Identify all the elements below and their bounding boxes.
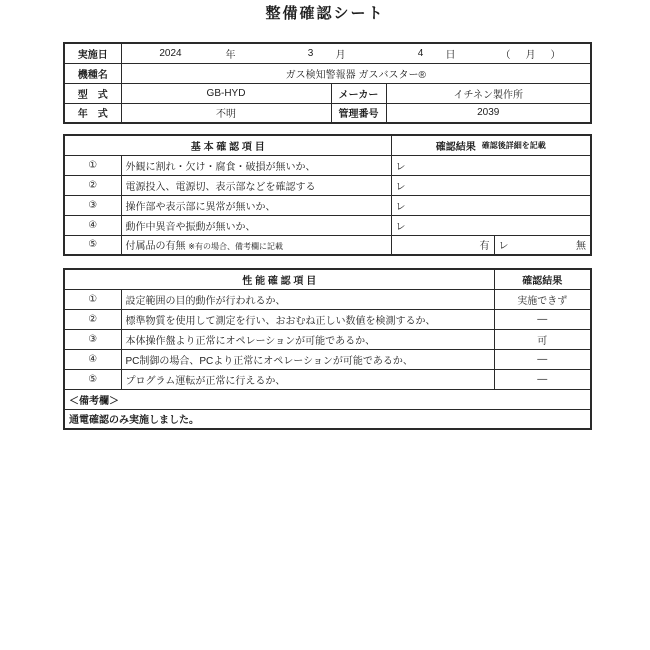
maker-value: イチネン製作所 — [386, 83, 591, 103]
performance-row-item: 標準物質を使用して測定を行い、おおむね正しい数値を検測するか、 — [121, 309, 494, 329]
performance-row-item: PC制御の場合、PCより正常にオペレーションが可能であるか、 — [121, 349, 494, 369]
performance-row-result: ― — [494, 309, 591, 329]
date-year: 2024 — [126, 48, 216, 59]
basic-row-3: ③ 操作部や表示部に異常が無いか、 レ — [64, 195, 591, 215]
basic-header-items: 基 本 確 認 項 目 — [64, 135, 391, 155]
basic-row-result-checkmark: レ — [391, 155, 591, 175]
model-row: 型 式 GB-HYD メーカー イチネン製作所 — [64, 83, 591, 103]
performance-row-item: 本体操作盤より正常にオペレーションが可能であるか、 — [121, 329, 494, 349]
performance-row-number: ③ — [64, 329, 121, 349]
date-weekday: 月 — [516, 46, 546, 61]
date-paren-close: ） — [546, 46, 566, 61]
basic-row-5: ⑤ 付属品の有無 ※有の場合、備考欄に記載 有 レ 無 — [64, 235, 591, 255]
performance-row-item: 設定範囲の目的動作が行われるか、 — [121, 289, 494, 309]
performance-row-number: ② — [64, 309, 121, 329]
performance-row-1: ① 設定範囲の目的動作が行われるか、 実施できず — [64, 289, 591, 309]
year-label: 年 式 — [64, 103, 121, 123]
date-day: 4 — [406, 48, 436, 59]
performance-row-result: ― — [494, 349, 591, 369]
remarks-label-row: ＜備考欄＞ — [64, 389, 591, 409]
remarks-content-row: 通電確認のみ実施しました。 — [64, 409, 591, 429]
accessories-checkmark: レ — [499, 237, 509, 252]
basic-header-result: 確認結果 確認後詳細を記載 — [391, 135, 591, 155]
basic-row-2: ② 電源投入、電源切、表示部などを確認する レ — [64, 175, 591, 195]
basic-row-1: ① 外観に割れ・欠け・腐食・破損が無いか、 レ — [64, 155, 591, 175]
model-name-row: 機種名 ガス検知警報器 ガスバスター® — [64, 63, 591, 83]
basic-check-table: 基 本 確 認 項 目 確認結果 確認後詳細を記載 ① 外観に割れ・欠け・腐食・… — [63, 134, 592, 256]
date-year-unit: 年 — [216, 46, 246, 61]
basic-row-result-checkmark: レ — [391, 175, 591, 195]
date-month: 3 — [296, 48, 326, 59]
date-day-unit: 日 — [436, 46, 466, 61]
maintenance-check-sheet: 整備確認シート 実施日 2024 年 3 月 4 日 （ 月 ） — [0, 0, 650, 650]
accessories-item-text: 付属品の有無 — [126, 241, 186, 252]
performance-header-items: 性 能 確 認 項 目 — [64, 269, 494, 289]
remarks-label: ＜備考欄＞ — [64, 389, 591, 409]
year-value: 不明 — [121, 103, 331, 123]
date-label: 実施日 — [64, 43, 121, 63]
page-title: 整備確認シート — [0, 0, 650, 23]
basic-row-number: ③ — [64, 195, 121, 215]
device-info-table: 実施日 2024 年 3 月 4 日 （ 月 ） 機種名 — [63, 42, 592, 124]
date-month-unit: 月 — [326, 46, 356, 61]
performance-row-result: 実施できず — [494, 289, 591, 309]
maker-label: メーカー — [331, 83, 386, 103]
date-row: 実施日 2024 年 3 月 4 日 （ 月 ） — [64, 43, 591, 63]
performance-row-number: ① — [64, 289, 121, 309]
basic-row-number: ⑤ — [64, 235, 121, 255]
performance-header-row: 性 能 確 認 項 目 確認結果 — [64, 269, 591, 289]
basic-row-item: 電源投入、電源切、表示部などを確認する — [121, 175, 391, 195]
year-row: 年 式 不明 管理番号 2039 — [64, 103, 591, 123]
performance-row-number: ⑤ — [64, 369, 121, 389]
performance-row-5: ⑤ プログラム運転が正常に行えるか、 ― — [64, 369, 591, 389]
basic-row-item: 動作中異音や振動が無いか、 — [121, 215, 391, 235]
basic-row-number: ② — [64, 175, 121, 195]
remarks-content: 通電確認のみ実施しました。 — [64, 409, 591, 429]
performance-header-result: 確認結果 — [494, 269, 591, 289]
performance-row-2: ② 標準物質を使用して測定を行い、おおむね正しい数値を検測するか、 ― — [64, 309, 591, 329]
basic-row-result-checkmark: レ — [391, 215, 591, 235]
model-value: GB-HYD — [121, 83, 331, 103]
basic-row-item: 操作部や表示部に異常が無いか、 — [121, 195, 391, 215]
performance-check-table: 性 能 確 認 項 目 確認結果 ① 設定範囲の目的動作が行われるか、 実施でき… — [63, 268, 592, 430]
performance-row-result: ― — [494, 369, 591, 389]
basic-header-row: 基 本 確 認 項 目 確認結果 確認後詳細を記載 — [64, 135, 591, 155]
performance-row-3: ③ 本体操作盤より正常にオペレーションが可能であるか、 可 — [64, 329, 591, 349]
basic-row-item: 外観に割れ・欠け・腐食・破損が無いか、 — [121, 155, 391, 175]
performance-row-result: 可 — [494, 329, 591, 349]
basic-row-item: 付属品の有無 ※有の場合、備考欄に記載 — [121, 235, 391, 255]
accessories-option-no-cell: レ 無 — [494, 235, 591, 255]
performance-row-number: ④ — [64, 349, 121, 369]
basic-result-title: 確認結果 — [436, 138, 476, 153]
control-no-value: 2039 — [386, 103, 591, 123]
accessories-option-no: 無 — [576, 237, 586, 252]
model-label: 型 式 — [64, 83, 121, 103]
control-no-label: 管理番号 — [331, 103, 386, 123]
basic-row-number: ① — [64, 155, 121, 175]
model-name-value: ガス検知警報器 ガスバスター® — [121, 63, 591, 83]
basic-result-note: 確認後詳細を記載 — [482, 140, 546, 151]
performance-row-item: プログラム運転が正常に行えるか、 — [121, 369, 494, 389]
accessories-option-yes: 有 — [391, 235, 494, 255]
model-name-label: 機種名 — [64, 63, 121, 83]
date-value-cell: 2024 年 3 月 4 日 （ 月 ） — [121, 43, 591, 63]
basic-row-result-checkmark: レ — [391, 195, 591, 215]
date-value: 2024 年 3 月 4 日 （ 月 ） — [126, 46, 587, 61]
accessories-item-note: ※有の場合、備考欄に記載 — [188, 242, 283, 251]
performance-row-4: ④ PC制御の場合、PCより正常にオペレーションが可能であるか、 ― — [64, 349, 591, 369]
basic-row-number: ④ — [64, 215, 121, 235]
date-paren-open: （ — [496, 46, 516, 61]
basic-row-4: ④ 動作中異音や振動が無いか、 レ — [64, 215, 591, 235]
